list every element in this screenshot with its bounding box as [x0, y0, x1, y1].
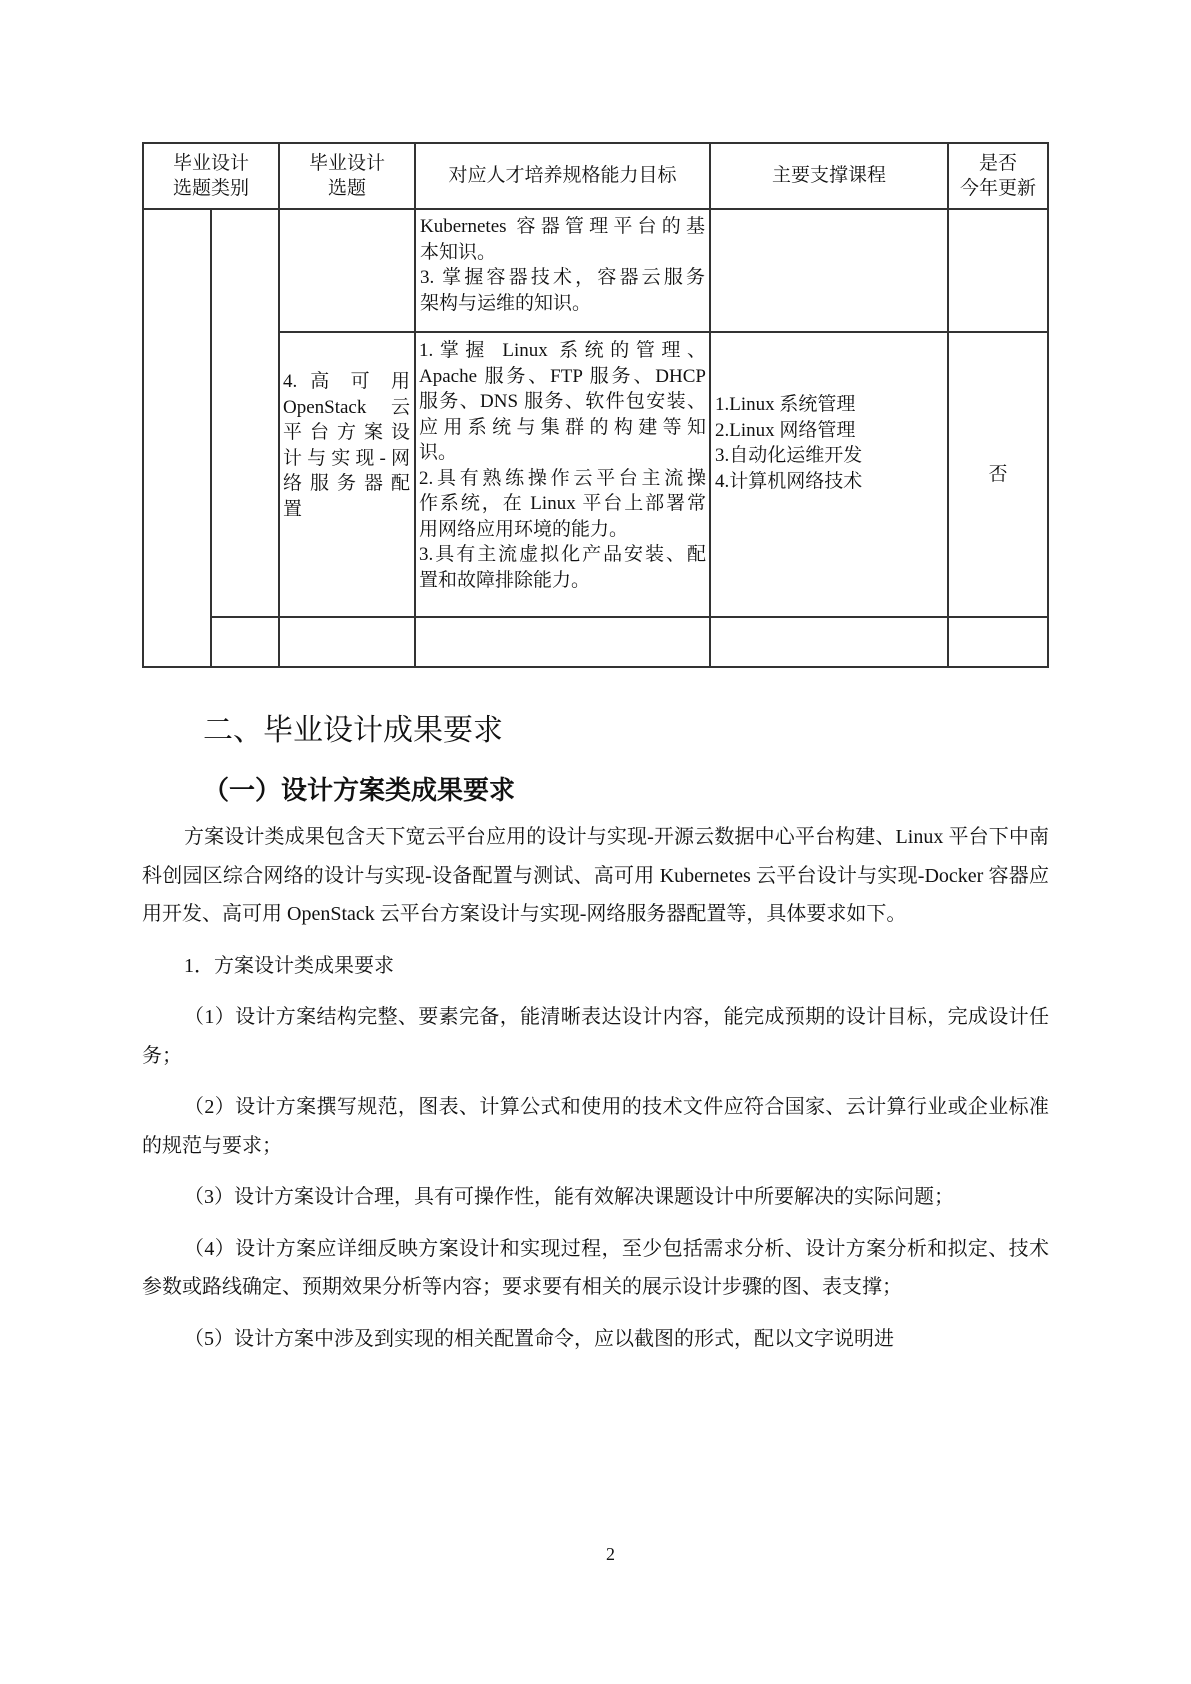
row1-abilities: Kubernetes 容器管理平台的基 本知识。 3. 掌握容器技术，容器云服务…: [420, 214, 705, 316]
ability-line: 1.掌握 Linux 系统的管理、: [419, 338, 706, 364]
topic-line: 置: [283, 497, 410, 523]
header-ability-goals: 对应人才培养规格能力目标: [416, 144, 709, 208]
col-divider-1: [278, 142, 280, 668]
section-heading: 二、毕业设计成果要求: [203, 705, 503, 749]
requirement-item-3: （3）设计方案设计合理，具有可操作性，能有效解决课题设计中所要解决的实际问题；: [142, 1178, 1049, 1217]
ability-line: 架构与运维的知识。: [420, 291, 705, 317]
header-updated-this-year: 是否 今年更新: [949, 144, 1047, 208]
row2-courses: 1.Linux 系统管理 2.Linux 网络管理 3.自动化运维开发 4.计算…: [715, 392, 945, 494]
course-line: 2.Linux 网络管理: [715, 418, 945, 444]
header-line: 毕业设计: [173, 151, 249, 177]
row2-topic: 4. 高 可 用 OpenStack 云 平台方案设 计与实现-网 络服务器配 …: [283, 369, 410, 522]
ability-line: 3.具有主流虚拟化产品安装、配: [419, 542, 706, 568]
intro-paragraph: 方案设计类成果包含天下宽云平台应用的设计与实现-开源云数据中心平台构建、Linu…: [142, 818, 1049, 934]
ability-line: Kubernetes 容器管理平台的基: [420, 214, 705, 240]
page-number: 2: [606, 1544, 615, 1565]
course-line: 3.自动化运维开发: [715, 443, 945, 469]
col-divider-3: [709, 142, 711, 668]
list-title: 1．方案设计类成果要求: [142, 947, 1049, 986]
table-border-left: [142, 142, 144, 668]
header-line: 主要支撑课程: [772, 163, 886, 189]
header-line: 是否: [979, 151, 1017, 177]
requirement-item-1: （1）设计方案结构完整、要素完备，能清晰表达设计内容，能完成预期的设计目标，完成…: [142, 998, 1049, 1075]
ability-line: 2.具有熟练操作云平台主流操: [419, 466, 706, 492]
course-line: 1.Linux 系统管理: [715, 392, 945, 418]
header-line: 选题: [328, 176, 366, 202]
row2-abilities: 1.掌握 Linux 系统的管理、 Apache 服务、FTP 服务、DHCP …: [419, 338, 706, 593]
table-border-right: [1047, 142, 1049, 668]
ability-line: 识。: [419, 440, 706, 466]
requirement-item-5: （5）设计方案中涉及到实现的相关配置命令，应以截图的形式，配以文字说明进: [142, 1320, 1049, 1359]
ability-line: 3. 掌握容器技术，容器云服务: [420, 265, 705, 291]
header-line: 对应人才培养规格能力目标: [448, 163, 676, 189]
row-divider-2: [210, 616, 1049, 618]
graduation-topics-table: 毕业设计 选题类别 毕业设计 选题 对应人才培养规格能力目标 主要支撑课程 是否…: [142, 142, 1049, 668]
requirement-item-4: （4）设计方案应详细反映方案设计和实现过程，至少包括需求分析、设计方案分析和拟定…: [142, 1230, 1049, 1307]
ability-line: 本知识。: [420, 240, 705, 266]
header-topic-category: 毕业设计 选题类别: [144, 144, 278, 208]
subcategory-divider: [210, 208, 212, 668]
subsection-heading: （一）设计方案类成果要求: [203, 770, 515, 807]
header-line: 毕业设计: [309, 151, 385, 177]
course-line: 4.计算机网络技术: [715, 469, 945, 495]
ability-line: Apache 服务、FTP 服务、DHCP: [419, 364, 706, 390]
topic-line: 4. 高 可 用: [283, 369, 410, 395]
col-divider-2: [414, 142, 416, 668]
header-line: 选题类别: [173, 176, 249, 202]
ability-line: 服务、DNS 服务、软件包安装、: [419, 389, 706, 415]
ability-line: 置和故障排除能力。: [419, 568, 706, 594]
topic-line: 计与实现-网: [283, 446, 410, 472]
row-divider-1: [278, 331, 1049, 333]
section-body: 方案设计类成果包含天下宽云平台应用的设计与实现-开源云数据中心平台构建、Linu…: [142, 818, 1049, 1358]
ability-line: 应用系统与集群的构建等知: [419, 415, 706, 441]
ability-line: 作系统，在 Linux 平台上部署常: [419, 491, 706, 517]
topic-line: 平台方案设: [283, 420, 410, 446]
requirement-item-2: （2）设计方案撰写规范，图表、计算公式和使用的技术文件应符合国家、云计算行业或企…: [142, 1088, 1049, 1165]
row2-updated: 否: [949, 333, 1047, 616]
topic-line: OpenStack 云: [283, 395, 410, 421]
updated-value: 否: [988, 462, 1007, 488]
document-page: 毕业设计 选题类别 毕业设计 选题 对应人才培养规格能力目标 主要支撑课程 是否…: [0, 0, 1191, 1684]
header-main-courses: 主要支撑课程: [711, 144, 947, 208]
header-line: 今年更新: [960, 176, 1036, 202]
topic-line: 络服务器配: [283, 471, 410, 497]
header-topic: 毕业设计 选题: [280, 144, 414, 208]
ability-line: 用网络应用环境的能力。: [419, 517, 706, 543]
